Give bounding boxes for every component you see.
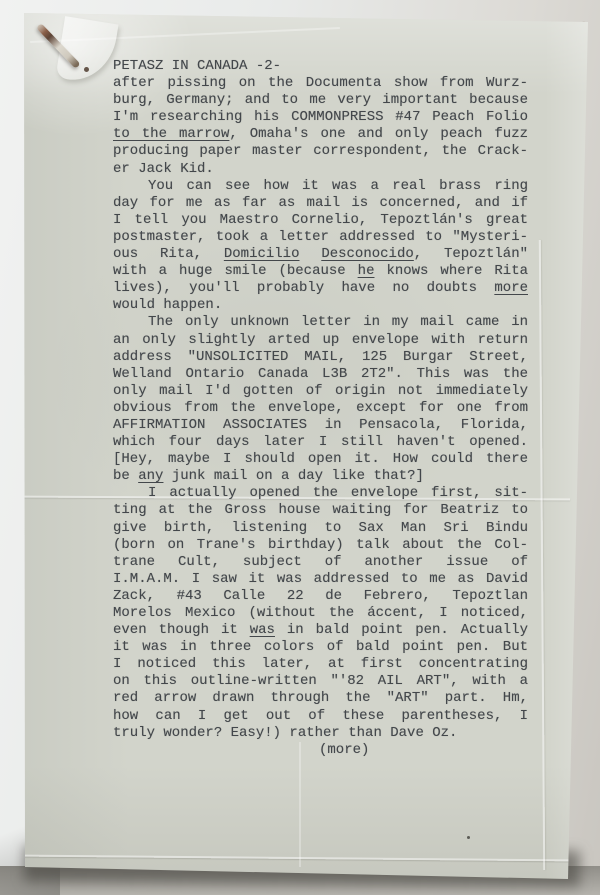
text-line: postmaster, took a letter addressed to "… bbox=[113, 229, 528, 246]
text-line: I'm researching his COMMONPRESS #47 Peac… bbox=[113, 109, 528, 126]
text-line: Morelos Mexico (without the áccent, I no… bbox=[113, 605, 528, 622]
text-line: I tell you Maestro Cornelio, Tepoztlán's… bbox=[113, 212, 528, 229]
staple-tip bbox=[84, 67, 89, 72]
text-segment: it was in three colors of bald point pen… bbox=[113, 639, 528, 655]
text-line: Welland Ontario Canada L3B 2T2". This wa… bbox=[113, 366, 528, 383]
text-segment: [Hey, maybe I should open it. How could … bbox=[113, 451, 528, 467]
underlined-text: to the marrow bbox=[113, 126, 229, 142]
underlined-text: more bbox=[494, 280, 528, 296]
text-line: address "UNSOLICITED MAIL, 125 Burgar St… bbox=[113, 349, 528, 366]
text-segment: You can see how it was a real brass ring bbox=[148, 178, 528, 194]
text-line: how can I get out of these parentheses, … bbox=[113, 708, 528, 725]
text-segment: after pissing on the Documenta show from… bbox=[113, 75, 528, 91]
text-segment: producing paper master correspondent, th… bbox=[113, 143, 528, 159]
text-line: AFFIRMATION ASSOCIATES in Pensacola, Flo… bbox=[113, 417, 528, 434]
underlined-text: was bbox=[250, 622, 275, 638]
text-segment: Zack, #43 Calle 22 de Febrero, Tepoztlan bbox=[113, 588, 528, 604]
text-line: only mail I'd gotten of origin not immed… bbox=[113, 383, 528, 400]
text-segment: with a huge smile (because bbox=[113, 263, 358, 279]
text-segment: be bbox=[113, 468, 138, 484]
text-line: I.M.A.M. I saw it was addressed to me as… bbox=[113, 571, 528, 588]
text-line: on this outline-written "'82 AIL ART", w… bbox=[113, 673, 528, 690]
body-lines: after pissing on the Documenta show from… bbox=[113, 75, 528, 742]
text-segment: on this outline-written "'82 AIL ART", w… bbox=[113, 673, 528, 689]
text-segment: an only slightly arted up envelope with … bbox=[113, 332, 528, 348]
text-segment: give birth, listening to Sax Man Sri Bin… bbox=[113, 520, 528, 536]
text-segment: I actually opened the envelope first, si… bbox=[148, 485, 528, 501]
text-line: ous Rita, Domicilio Desconocido, Tepoztl… bbox=[113, 246, 528, 263]
text-line: day for me as far as mail is concerned, … bbox=[113, 195, 528, 212]
text-line: with a huge smile (because he knows wher… bbox=[113, 263, 528, 280]
text-line: er Jack Kid. bbox=[113, 161, 528, 178]
text-segment: junk mail on a day like that?] bbox=[163, 468, 423, 484]
right-vertical-crease bbox=[539, 240, 545, 870]
text-segment: , Omaha's one and only peach fuzz bbox=[229, 126, 528, 142]
underlined-text: he bbox=[358, 263, 375, 279]
text-line: lives), you'll probably have no doubts m… bbox=[113, 280, 528, 297]
text-line: truly wonder? Easy!) rather than Dave Oz… bbox=[113, 725, 528, 742]
text-segment: I tell you Maestro Cornelio, Tepoztlán's… bbox=[113, 212, 528, 228]
text-line: it was in three colors of bald point pen… bbox=[113, 639, 528, 656]
typewritten-page: PETASZ IN CANADA -2- after pissing on th… bbox=[0, 0, 600, 895]
text-segment: , Tepoztlán" bbox=[414, 246, 528, 262]
text-segment: ous Rita, bbox=[113, 246, 224, 262]
text-line: The only unknown letter in my mail came … bbox=[113, 314, 528, 331]
text-segment: postmaster, took a letter addressed to "… bbox=[113, 229, 528, 245]
text-line: to the marrow, Omaha's one and only peac… bbox=[113, 126, 528, 143]
text-segment: in bald point pen. Actually bbox=[275, 622, 528, 638]
text-line: You can see how it was a real brass ring bbox=[113, 178, 528, 195]
text-segment: (born on Trane's birthday) talk about th… bbox=[113, 537, 528, 553]
text-line: burg, Germany; and to me very important … bbox=[113, 92, 528, 109]
text-segment: red arrow drawn through the "ART" part. … bbox=[113, 690, 528, 706]
text-line: after pissing on the Documenta show from… bbox=[113, 75, 528, 92]
text-segment: I noticed this later, at first concentra… bbox=[113, 656, 528, 672]
typewritten-text: PETASZ IN CANADA -2- after pissing on th… bbox=[113, 58, 528, 759]
underlined-text: Desconocido bbox=[321, 246, 413, 262]
text-segment: Welland Ontario Canada L3B 2T2". This wa… bbox=[113, 366, 528, 382]
page-footer: (more) bbox=[113, 742, 528, 759]
text-segment: day for me as far as mail is concerned, … bbox=[113, 195, 528, 211]
text-segment: only mail I'd gotten of origin not immed… bbox=[113, 383, 528, 399]
text-line: trane Cult, subject of another issue of bbox=[113, 554, 528, 571]
text-segment: I.M.A.M. I saw it was addressed to me as… bbox=[113, 571, 528, 587]
text-line: [Hey, maybe I should open it. How could … bbox=[113, 451, 528, 468]
text-segment: The only unknown letter in my mail came … bbox=[148, 314, 528, 330]
text-line: be any junk mail on a day like that?] bbox=[113, 468, 528, 485]
text-segment: address "UNSOLICITED MAIL, 125 Burgar St… bbox=[113, 349, 528, 365]
text-segment: even though it bbox=[113, 622, 250, 638]
text-segment: ting at the Gross house waiting for Beat… bbox=[113, 502, 528, 518]
text-segment: lives), you'll probably have no doubts bbox=[113, 280, 494, 296]
text-line: an only slightly arted up envelope with … bbox=[113, 332, 528, 349]
text-segment: how can I get out of these parentheses, … bbox=[113, 708, 528, 724]
text-segment: truly wonder? Easy!) rather than Dave Oz… bbox=[113, 725, 457, 741]
text-line: ting at the Gross house waiting for Beat… bbox=[113, 502, 528, 519]
text-line: give birth, listening to Sax Man Sri Bin… bbox=[113, 520, 528, 537]
text-line: would happen. bbox=[113, 297, 528, 314]
bottom-vertical-crease bbox=[299, 742, 301, 867]
underlined-text: any bbox=[138, 468, 163, 484]
text-line: I noticed this later, at first concentra… bbox=[113, 656, 528, 673]
paper-speck bbox=[467, 836, 470, 839]
bottom-fold-crease bbox=[24, 855, 569, 862]
text-line: producing paper master correspondent, th… bbox=[113, 143, 528, 160]
page-heading: PETASZ IN CANADA -2- bbox=[113, 58, 528, 75]
text-segment: which four days later I still haven't op… bbox=[113, 434, 528, 450]
text-line: which four days later I still haven't op… bbox=[113, 434, 528, 451]
text-segment: trane Cult, subject of another issue of bbox=[113, 554, 528, 570]
text-line: even though it was in bald point pen. Ac… bbox=[113, 622, 528, 639]
text-segment: Morelos Mexico (without the áccent, I no… bbox=[113, 605, 528, 621]
text-segment: er Jack Kid. bbox=[113, 161, 214, 177]
text-line: I actually opened the envelope first, si… bbox=[113, 485, 528, 502]
text-line: obvious from the envelope, except for on… bbox=[113, 400, 528, 417]
underlined-text: Domicilio bbox=[224, 246, 300, 262]
text-segment: would happen. bbox=[113, 297, 222, 313]
text-line: (born on Trane's birthday) talk about th… bbox=[113, 537, 528, 554]
text-segment: burg, Germany; and to me very important … bbox=[113, 92, 528, 108]
text-line: red arrow drawn through the "ART" part. … bbox=[113, 690, 528, 707]
text-segment: I'm researching his COMMONPRESS #47 Peac… bbox=[113, 109, 528, 125]
text-segment: knows where Rita bbox=[374, 263, 528, 279]
text-line: Zack, #43 Calle 22 de Febrero, Tepoztlan bbox=[113, 588, 528, 605]
text-segment: AFFIRMATION ASSOCIATES in Pensacola, Flo… bbox=[113, 417, 528, 433]
text-segment bbox=[300, 246, 322, 262]
text-segment: obvious from the envelope, except for on… bbox=[113, 400, 528, 416]
